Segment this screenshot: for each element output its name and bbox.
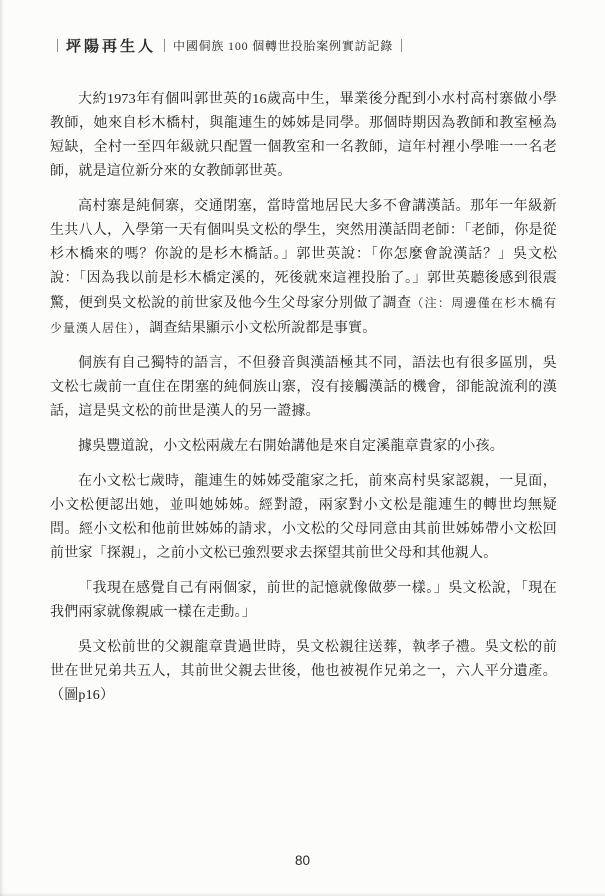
vertical-separator [164, 39, 165, 52]
scan-edge-left [0, 0, 4, 896]
body-paragraph: 據吳豐道說，小文松兩歲左右開始講他是來自定溪龍章貴家的小孩。 [50, 435, 557, 459]
vertical-separator [57, 39, 58, 52]
page-body: 大約1973年有個叫郭世英的16歲高中生，畢業後分配到小水村高村寨做小學教師，她… [50, 88, 557, 719]
paragraph-text: ，調查結果顯示小文松所說都是事實。 [135, 321, 376, 336]
book-page: 坪陽再生人 中國侗族 100 個轉世投胎案例實訪記錄 大約1973年有個叫郭世英… [0, 0, 605, 896]
paragraph-text: 高村寨是純侗寨，交通閉塞，當時當地居民大多不會講漢話。那年一年級新生共八人，入學… [50, 199, 557, 311]
series-title: 坪陽再生人 [66, 35, 156, 56]
body-paragraph: 高村寨是純侗寨，交通閉塞，當時當地居民大多不會講漢話。那年一年級新生共八人，入學… [50, 195, 557, 341]
paragraph-text: 在小文松七歲時，龍連生的姊姊受龍家之托，前來高村吳家認親，一見面，小文松便認出她… [50, 474, 557, 561]
paragraph-text: 「我現在感覺自己有兩個家，前世的記憶就像做夢一樣。」吳文松說，「現在我們兩家就像… [50, 581, 557, 620]
body-paragraph: 在小文松七歲時，龍連生的姊姊受龍家之托，前來高村吳家認親，一見面，小文松便認出她… [50, 470, 557, 566]
running-header: 坪陽再生人 中國侗族 100 個轉世投胎案例實訪記錄 [57, 35, 410, 56]
body-paragraph: 侗族有自己獨特的語言，不但發音與漢語極其不同，語法也有很多區別，吳文松七歲前一直… [50, 352, 557, 424]
body-paragraph: 吳文松前世的父親龍章貴過世時，吳文松親往送葬，執孝子禮。吳文松的前世在世兄弟共五… [50, 636, 557, 708]
book-title: 中國侗族 100 個轉世投胎案例實訪記錄 [173, 37, 393, 54]
paragraph-text: 侗族有自己獨特的語言，不但發音與漢語極其不同，語法也有很多區別，吳文松七歲前一直… [50, 356, 557, 419]
body-paragraph: 「我現在感覺自己有兩個家，前世的記憶就像做夢一樣。」吳文松說，「現在我們兩家就像… [50, 577, 557, 625]
paragraph-text: 吳文松前世的父親龍章貴過世時，吳文松親往送葬，執孝子禮。吳文松的前世在世兄弟共五… [50, 640, 557, 703]
vertical-separator [401, 39, 402, 52]
page-number: 80 [0, 853, 605, 868]
scan-edge-bottom [0, 892, 605, 896]
body-paragraph: 大約1973年有個叫郭世英的16歲高中生，畢業後分配到小水村高村寨做小學教師，她… [50, 88, 557, 184]
paragraph-text: 據吳豐道說，小文松兩歲左右開始講他是來自定溪龍章貴家的小孩。 [78, 439, 504, 454]
paragraph-text: 大約1973年有個叫郭世英的16歲高中生，畢業後分配到小水村高村寨做小學教師，她… [50, 92, 557, 179]
